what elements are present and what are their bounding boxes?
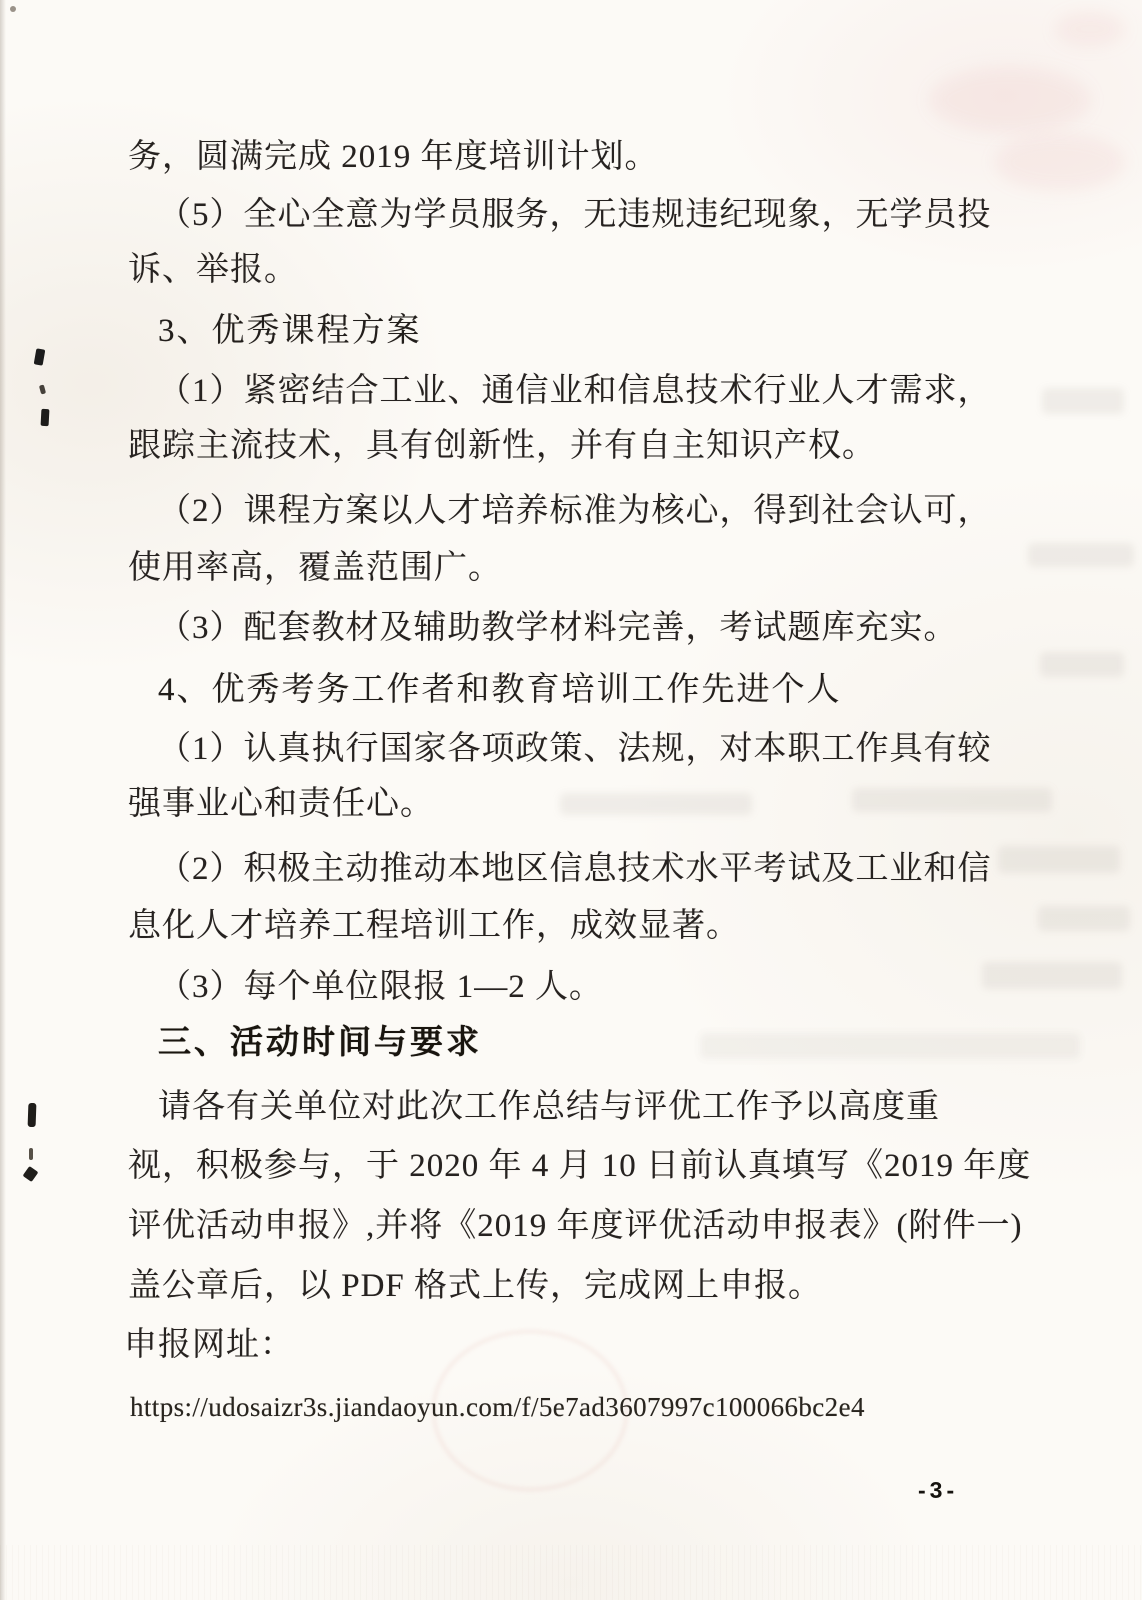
scan-left-edge-shadow (0, 0, 6, 1600)
body-line-13: （2）积极主动推动本地区信息技术水平考试及工业和信 (128, 848, 992, 890)
pink-ink-smudge (930, 68, 1090, 132)
binding-mark (28, 1103, 37, 1127)
application-url: https://udosaizr3s.jiandaoyun.com/f/5e7a… (130, 1386, 865, 1428)
subheading-excellent-course-plan: 3、优秀课程方案 (128, 310, 422, 352)
label-application-url: 申报网址： (124, 1324, 294, 1366)
body-line-15: （3）每个单位限报 1—2 人。 (128, 966, 603, 1008)
body-line-18: 视，积极参与，于 2020 年 4 月 10 日前认真填写《2019 年度 (128, 1145, 1031, 1187)
subheading-excellent-individuals: 4、优秀考务工作者和教育培训工作先进个人 (128, 669, 842, 711)
pink-ink-smudge (1055, 12, 1125, 46)
scan-bottom-noise (0, 1545, 1142, 1600)
body-line-3: 诉、举报。 (128, 249, 298, 291)
body-line-1: 务，圆满完成 2019 年度培训计划。 (128, 136, 659, 178)
binding-mark (29, 1148, 33, 1160)
binding-mark (23, 1166, 39, 1182)
body-line-9: （3）配套教材及辅助教学材料完善，考试题库充实。 (128, 607, 958, 649)
binding-mark (39, 385, 46, 395)
body-line-2: （5）全心全意为学员服务，无违规违纪现象，无学员投 (128, 194, 992, 236)
binding-mark (34, 348, 46, 365)
bleed-through-smudge (1038, 906, 1130, 931)
body-line-8: 使用率高，覆盖范围广。 (128, 547, 502, 589)
body-line-17: 请各有关单位对此次工作总结与评优工作予以高度重 (128, 1086, 940, 1128)
body-line-20: 盖公章后，以 PDF 格式上传，完成网上申报。 (128, 1265, 822, 1307)
bleed-through-smudge (1040, 652, 1124, 677)
body-line-14: 息化人才培养工程培训工作，成效显著。 (128, 905, 740, 947)
heading-activity-time-requirements: 三、活动时间与要求 (128, 1021, 482, 1063)
body-line-6: 跟踪主流技术，具有创新性，并有自主知识产权。 (128, 425, 876, 467)
bleed-through-smudge (560, 793, 752, 815)
body-line-19: 评优活动申报》,并将《2019 年度评优活动申报表》(附件一) (128, 1205, 1022, 1247)
bleed-through-smudge (1028, 543, 1134, 567)
bleed-through-smudge (1042, 388, 1124, 414)
bleed-through-smudge (700, 1033, 1080, 1059)
pink-ink-smudge (995, 135, 1125, 190)
bleed-through-smudge (982, 962, 1122, 989)
bleed-through-smudge (852, 788, 1052, 812)
scan-speck (10, 6, 16, 12)
bleed-through-smudge (998, 846, 1120, 873)
page-number: -3- (918, 1477, 958, 1504)
scanned-document-page: 务，圆满完成 2019 年度培训计划。 （5）全心全意为学员服务，无违规违纪现象… (0, 0, 1142, 1600)
binding-mark (41, 409, 50, 426)
body-line-12: 强事业心和责任心。 (128, 783, 434, 825)
body-line-7: （2）课程方案以人才培养标准为核心，得到社会认可， (128, 490, 992, 532)
body-line-11: （1）认真执行国家各项政策、法规，对本职工作具有较 (128, 728, 992, 770)
body-line-5: （1）紧密结合工业、通信业和信息技术行业人才需求， (128, 370, 992, 412)
